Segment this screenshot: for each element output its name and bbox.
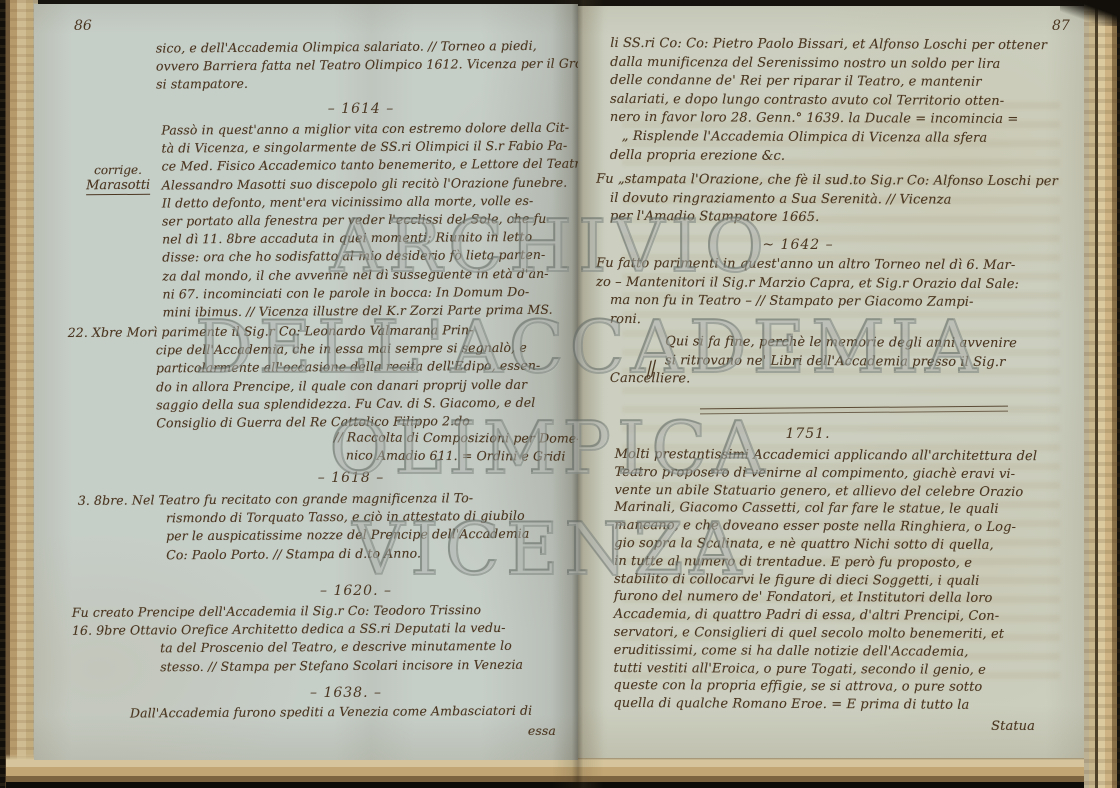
text-line: „ Risplende l'Accademia Olimpica di Vice… (622, 128, 1047, 149)
text-line: il dovuto ringraziamento a Sua Serenità.… (610, 189, 1058, 210)
photograph-background: 86 corrige. Marasotti sico, e dell'Accad… (0, 0, 1120, 788)
paragraph-orazione: Fu „stampata l'Orazione, che fè il sud.t… (610, 171, 1058, 229)
year-heading-1751: 1751. (618, 426, 998, 442)
text-line: Molti prestantissimi Accademici applican… (615, 446, 1038, 466)
text-line: si ritrovano ne' Libri dell'Accademia pr… (665, 352, 1017, 372)
text-line: Cancelliere. (610, 370, 1017, 391)
text-line: li SS.ri Co: Co: Pietro Paolo Bissari, e… (610, 35, 1047, 56)
text-line: mini ibimus. // Vicenza illustre del K.r… (163, 301, 593, 322)
paragraph-1614: Passò in quest'anno a miglior vita con e… (161, 119, 593, 322)
text-line: stabilito di collocarvi le figure di die… (614, 570, 1037, 590)
text-line: queste con la propria effigie, se si att… (613, 677, 1036, 697)
text-line: servatori, e Consiglieri di quel secolo … (614, 624, 1037, 644)
text-line: per l'Amadio Stampatore 1665. (610, 208, 1058, 229)
paragraph-1751-statues: Molti prestantissimi Accademici applican… (613, 446, 1037, 715)
text-line: tutti vestiti all'Eroica, o pure Togati,… (613, 659, 1036, 679)
citation-line: // Raccolta di Composizioni per Dome- (334, 428, 581, 447)
paragraph-1620: Fu creato Prencipe dell'Accademia il Sig… (160, 601, 523, 676)
paragraph-1642-torneo: Fu fatto parimenti in quest'anno un altr… (610, 255, 1019, 332)
background-corner-shadow (1060, 0, 1120, 26)
text-line: ovvero Barriera fatta nel Teatro Olimpic… (156, 55, 594, 76)
margin-note: corrige. Marasotti (86, 162, 150, 194)
text-line: dalla munificenza del Serenissimo nostro… (610, 53, 1047, 74)
catchword-left: essa (156, 722, 556, 740)
citation-line: nico Amadio 611. = Ordini e Gridi (346, 447, 581, 466)
paragraph-bissari-loschi: li SS.ri Co: Co: Pietro Paolo Bissari, e… (610, 35, 1047, 167)
citation-block: // Raccolta di Composizioni per Dome- ni… (334, 428, 581, 466)
text-line: vente un abile Statuario genero, et alli… (614, 481, 1037, 501)
text-line: Marinali, Giacomo Cassetti, col far fare… (614, 499, 1037, 519)
text-line: do in allora Prencipe, il quale con dana… (156, 375, 541, 396)
text-line: mancano, e che doveano esser poste nella… (614, 517, 1037, 537)
margin-note-line: corrige. (86, 162, 150, 178)
year-heading-1614: – 1614 – (156, 101, 566, 117)
text-line: in tutte al numero di trentadue. E però … (614, 553, 1037, 573)
catchword-right: Statua (610, 718, 1035, 737)
text-line: Teatro proposero di venirne al compiment… (615, 464, 1038, 484)
page-edges-right (1084, 0, 1120, 788)
text-line: stesso. // Stampa per Stefano Scolari in… (160, 655, 523, 676)
text-line: gio sopra la Scalinata, e nè quattro Nic… (614, 535, 1037, 555)
text-line: della propria erezione &c. (610, 146, 1047, 167)
text-line: Fu fatto parimenti in quest'anno un altr… (596, 255, 1019, 276)
text-line: per le auspicatissime nozze del Prencipe… (166, 525, 529, 546)
text-line: ce Med. Fisico Accademico tanto benemeri… (162, 155, 592, 176)
text-line: furono del numero de' Fondatori, et Inst… (614, 588, 1037, 608)
year-heading-1618: – 1618 – (156, 470, 546, 486)
text-line: Dall'Accademia furono spediti a Venezia … (130, 702, 532, 723)
paragraph-1618: 3. 8bre. Nel Teatro fu recitato con gran… (166, 489, 530, 564)
text-line: nero in favor loro 28. Genn.° 1639. la D… (610, 109, 1047, 130)
paragraph-1638: Dall'Accademia furono spediti a Venezia … (156, 702, 532, 723)
year-heading-1620: – 1620. – (156, 583, 556, 599)
page-number-left: 86 (74, 18, 92, 34)
paragraph-1614-valmarana: 22. Xbre Morì parimente il Sig.r Co: Leo… (156, 321, 541, 433)
page-86: 86 corrige. Marasotti sico, e dell'Accad… (34, 4, 578, 760)
page-edges-left (0, 0, 38, 788)
paragraph-closing-note: Qui si fa fine, perchè le memorie degli … (610, 333, 1017, 391)
text-line: Fu „stampata l'Orazione, che fè il sud.t… (596, 171, 1058, 192)
catchword: essa (156, 722, 556, 740)
text-line: ta del Proscenio del Teatro, e descrive … (160, 637, 523, 658)
text-line: delle condanne de' Rei per riparar il Te… (610, 72, 1047, 93)
text-line: quella di qualche Romano Eroe. = E prima… (613, 695, 1036, 715)
margin-note-line: Marasotti (86, 178, 150, 194)
text-line: eruditissimi, come si ha dalle notizie d… (614, 642, 1037, 662)
text-line: zo – Mantenitori il Sig.r Marzio Capra, … (596, 273, 1019, 294)
text-line: roni. (610, 311, 1019, 332)
text-line: salariati, e dopo lungo contrasto avuto … (610, 91, 1047, 112)
text-line: saggio della sua splendidezza. Fu Cav. d… (156, 393, 541, 414)
text-line: Qui si fa fine, perchè le memorie degli … (665, 333, 1017, 353)
text-line: particolarmente all'occasione della reci… (156, 357, 541, 378)
text-line: Co: Paolo Porto. // Stampa di d.to Anno. (166, 543, 529, 564)
catchword: Statua (610, 718, 1035, 737)
paragraph-intro: sico, e dell'Accademia Olimpica salariat… (156, 36, 594, 94)
page-87: 87 li SS.ri Co: Co: Pietro Paolo Bissari… (578, 6, 1086, 758)
text-line: ma non fu in Teatro – // Stampato per Gi… (610, 292, 1019, 313)
year-heading-1638: – 1638. – (156, 685, 536, 701)
text-line: Accademia, di quattro Padri di essa, d'a… (614, 606, 1037, 626)
text-line: si stampatore. (156, 73, 594, 94)
margin-note-underlined: Marasotti (86, 178, 150, 195)
year-heading-1642: ~ 1642 – (608, 237, 988, 253)
